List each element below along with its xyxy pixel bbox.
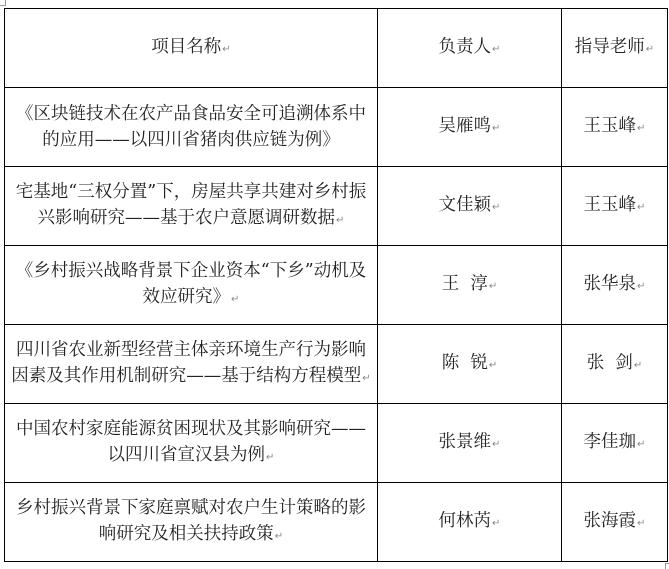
cell-advisor[interactable]: 王玉峰↵ (562, 167, 668, 246)
header-advisor[interactable]: 指导老师↵ (562, 9, 668, 88)
header-leader[interactable]: 负责人↵ (378, 9, 562, 88)
cell-advisor[interactable]: 张 剑↵ (562, 325, 668, 404)
cell-project[interactable]: 乡村振兴背景下家庭禀赋对农户生计策略的影响研究及相关扶持政策↵ (5, 483, 378, 562)
paragraph-mark-icon: ↵ (492, 518, 500, 529)
cell-advisor[interactable]: 王玉峰↵ (562, 88, 668, 167)
advisor-name: 李佳珈 (584, 432, 637, 452)
project-title: 四川省农业新型经营主体亲环境生产行为影响因素及其作用机制研究——基于结构方程模型 (11, 340, 366, 386)
header-project-name[interactable]: 项目名称↵ (5, 9, 378, 88)
table-row: 《区块链技术在农产品食品安全可追溯体系中的应用——以四川省猪肉供应链为例》 吴雁… (5, 88, 668, 167)
paragraph-mark-icon: ↵ (637, 518, 645, 529)
leader-name: 王 淳 (442, 274, 488, 294)
cell-leader[interactable]: 吴雁鸣↵ (378, 88, 562, 167)
leader-name: 张景维 (439, 432, 492, 452)
cell-leader[interactable]: 王 淳↵ (378, 246, 562, 325)
cell-project[interactable]: 《区块链技术在农产品食品安全可追溯体系中的应用——以四川省猪肉供应链为例》 (5, 88, 378, 167)
header-label: 负责人 (439, 37, 492, 57)
paragraph-mark-icon: ↵ (492, 44, 500, 55)
advisor-name: 张华泉 (584, 274, 637, 294)
project-title: 宅基地“三权分置”下，房屋共享共建对乡村振兴影响研究——基于农户意愿调研数据 (16, 182, 366, 228)
cell-leader[interactable]: 何林芮↵ (378, 483, 562, 562)
cell-leader[interactable]: 张景维↵ (378, 404, 562, 483)
paragraph-mark-icon: ↵ (231, 294, 239, 305)
leader-name: 文佳颖 (439, 195, 492, 215)
paragraph-mark-icon: ↵ (492, 202, 500, 213)
leader-name: 吴雁鸣 (439, 116, 492, 136)
paragraph-mark-icon: ↵ (336, 215, 344, 226)
table-row: 四川省农业新型经营主体亲环境生产行为影响因素及其作用机制研究——基于结构方程模型… (5, 325, 668, 404)
paragraph-mark-icon: ↵ (637, 202, 645, 213)
project-table: 项目名称↵ 负责人↵ 指导老师↵ 《区块链技术在农产品食品安全可追溯体系中的应用… (4, 8, 668, 562)
paragraph-mark-icon: ↵ (222, 44, 230, 55)
cell-leader[interactable]: 文佳颖↵ (378, 167, 562, 246)
table-header-row: 项目名称↵ 负责人↵ 指导老师↵ (5, 9, 668, 88)
project-title: 《区块链技术在农产品食品安全可追溯体系中的应用——以四川省猪肉供应链为例》 (16, 104, 366, 150)
table-anchor-icon (0, 0, 6, 6)
project-title: 中国农村家庭能源贫困现状及其影响研究——以四川省宣汉县为例 (16, 419, 366, 465)
project-title: 乡村振兴背景下家庭禀赋对农户生计策略的影响研究及相关扶持政策 (16, 498, 366, 544)
table-row: 宅基地“三权分置”下，房屋共享共建对乡村振兴影响研究——基于农户意愿调研数据↵ … (5, 167, 668, 246)
cell-project[interactable]: 中国农村家庭能源贫困现状及其影响研究——以四川省宣汉县为例↵ (5, 404, 378, 483)
leader-name: 何林芮 (439, 511, 492, 531)
cell-advisor[interactable]: 张华泉↵ (562, 246, 668, 325)
paragraph-mark-icon: ↵ (637, 123, 645, 134)
table-end-mark-icon (665, 563, 669, 569)
advisor-name: 张海霞 (584, 511, 637, 531)
table-row: 乡村振兴背景下家庭禀赋对农户生计策略的影响研究及相关扶持政策↵ 何林芮↵ 张海霞… (5, 483, 668, 562)
advisor-name: 王玉峰 (584, 195, 637, 215)
advisor-name: 张 剑 (587, 353, 633, 373)
paragraph-mark-icon: ↵ (637, 439, 645, 450)
header-label: 指导老师 (575, 37, 645, 57)
paragraph-mark-icon: ↵ (646, 44, 654, 55)
header-label: 项目名称 (151, 37, 221, 57)
paragraph-mark-icon: ↵ (275, 531, 283, 542)
cell-project[interactable]: 四川省农业新型经营主体亲环境生产行为影响因素及其作用机制研究——基于结构方程模型… (5, 325, 378, 404)
paragraph-mark-icon: ↵ (492, 123, 500, 134)
paragraph-mark-icon: ↵ (266, 452, 274, 463)
cell-leader[interactable]: 陈 锐↵ (378, 325, 562, 404)
paragraph-mark-icon: ↵ (489, 281, 497, 292)
leader-name: 陈 锐 (442, 353, 488, 373)
cell-project[interactable]: 宅基地“三权分置”下，房屋共享共建对乡村振兴影响研究——基于农户意愿调研数据↵ (5, 167, 378, 246)
paragraph-mark-icon: ↵ (637, 281, 645, 292)
paragraph-mark-icon: ↵ (634, 360, 642, 371)
cell-advisor[interactable]: 张海霞↵ (562, 483, 668, 562)
cell-advisor[interactable]: 李佳珈↵ (562, 404, 668, 483)
table-row: 《乡村振兴战略背景下企业资本“下乡”动机及效应研究》↵ 王 淳↵ 张华泉↵ (5, 246, 668, 325)
paragraph-mark-icon: ↵ (362, 373, 370, 384)
paragraph-mark-icon: ↵ (492, 439, 500, 450)
paragraph-mark-icon: ↵ (489, 360, 497, 371)
cell-project[interactable]: 《乡村振兴战略背景下企业资本“下乡”动机及效应研究》↵ (5, 246, 378, 325)
table-row: 中国农村家庭能源贫困现状及其影响研究——以四川省宣汉县为例↵ 张景维↵ 李佳珈↵ (5, 404, 668, 483)
advisor-name: 王玉峰 (584, 116, 637, 136)
project-title: 《乡村振兴战略背景下企业资本“下乡”动机及效应研究》 (16, 261, 366, 307)
